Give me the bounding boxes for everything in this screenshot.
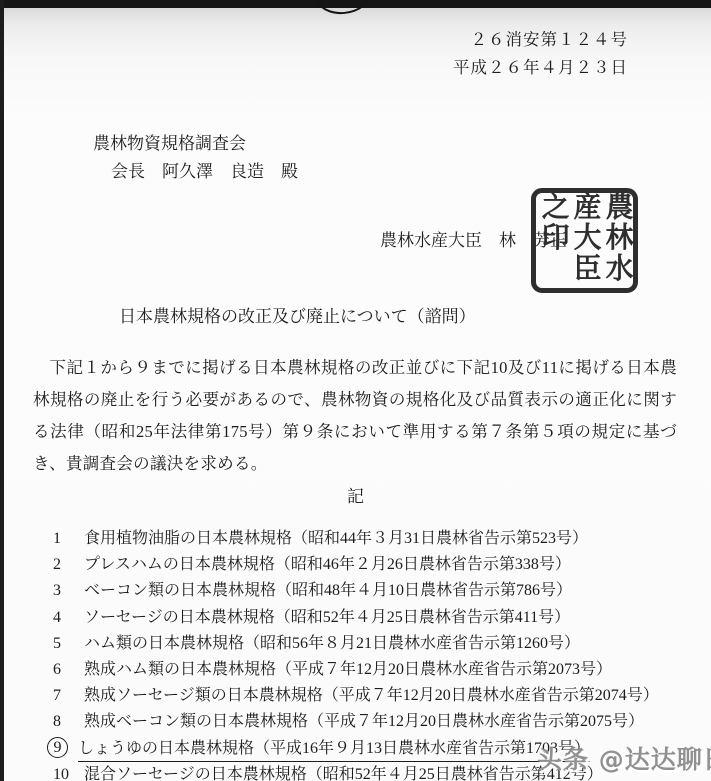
- item-text: プレスハムの日本農林規格（昭和46年２月26日農林省告示第338号）: [84, 556, 571, 573]
- document-date: 平成２６年４月２３日: [453, 54, 628, 82]
- item-text: ハム類の日本農林規格（昭和56年８月21日農林水産省告示第1260号）: [84, 635, 580, 652]
- item-number: 7: [53, 683, 84, 709]
- body-paragraph: 下記１から９までに掲げる日本農林規格の改正並びに下記10及び11に掲げる日本農林…: [33, 352, 677, 480]
- item-number-circled: 9: [47, 737, 68, 758]
- item-text-underlined: しょうゆの日本農林規格（平成16年９月13日農林水産省告示第1703号）: [78, 738, 590, 762]
- list-item: 4ソーセージの日本農林規格（昭和52年４月25日農林省告示第411号）: [0, 605, 700, 631]
- list-item: 2プレスハムの日本農林規格（昭和46年２月26日農林省告示第338号）: [0, 552, 700, 578]
- item-text: ベーコン類の日本農林規格（昭和48年４月10日農林省告示第786号）: [84, 582, 572, 599]
- item-number: 2: [53, 552, 84, 578]
- list-item: 7熟成ソーセージ類の日本農林規格（平成７年12月20日農林水産省告示第2074号…: [0, 683, 700, 709]
- item-text: 熟成ソーセージ類の日本農林規格（平成７年12月20日農林水産省告示第2074号）: [84, 687, 659, 704]
- item-text: 混合ソーセージの日本農林規格（昭和52年４月25日農林省告示第412号）: [84, 766, 603, 781]
- document-number: ２６消安第１２４号: [453, 26, 628, 54]
- item-number: 1: [53, 526, 84, 552]
- list-marker-ki: 記: [0, 482, 711, 507]
- item-number: 6: [53, 657, 84, 683]
- watermark-text: 头条 @达达聊日本: [537, 740, 711, 776]
- item-number: 10: [53, 762, 84, 781]
- addressee-person: 会長 阿久澤 良造 殿: [111, 157, 298, 182]
- list-item: 8熟成ベーコン類の日本農林規格（平成７年12月20日農林水産省告示第2075号）: [0, 709, 700, 735]
- item-text: 熟成ハム類の日本農林規格（平成７年12月20日農林水産省告示第2073号）: [84, 661, 612, 678]
- item-number: 8: [53, 709, 84, 735]
- seal-text: 農林水産大臣之印: [537, 191, 633, 290]
- item-number: 4: [53, 605, 84, 631]
- item-number: 5: [53, 631, 84, 657]
- minister-seal-stamp: 農林水産大臣之印: [531, 188, 638, 293]
- scanned-document-page: ２６消安第１２４号 平成２６年４月２３日 農林物資規格調査会 会長 阿久澤 良造…: [0, 0, 711, 781]
- item-text: 熟成ベーコン類の日本農林規格（平成７年12月20日農林水産省告示第2075号）: [84, 713, 644, 730]
- item-text: ソーセージの日本農林規格（昭和52年４月25日農林省告示第411号）: [84, 609, 570, 626]
- list-item: 6熟成ハム類の日本農林規格（平成７年12月20日農林水産省告示第2073号）: [0, 657, 700, 683]
- item-text: 食用植物油脂の日本農林規格（昭和44年３月31日農林省告示第523号）: [84, 530, 588, 547]
- list-item: 5ハム類の日本農林規格（昭和56年８月21日農林水産省告示第1260号）: [0, 631, 700, 657]
- addressee-organization: 農林物資規格調査会: [93, 129, 246, 154]
- document-header: ２６消安第１２４号 平成２６年４月２３日: [453, 26, 628, 82]
- list-item: 1食用植物油脂の日本農林規格（昭和44年３月31日農林省告示第523号）: [0, 526, 700, 552]
- list-item: 3ベーコン類の日本農林規格（昭和48年４月10日農林省告示第786号）: [0, 578, 700, 604]
- item-number: 3: [53, 578, 84, 604]
- punch-hole-mark: [315, 0, 372, 16]
- subject-line: 日本農林規格の改正及び廃止について（諮問）: [119, 302, 476, 327]
